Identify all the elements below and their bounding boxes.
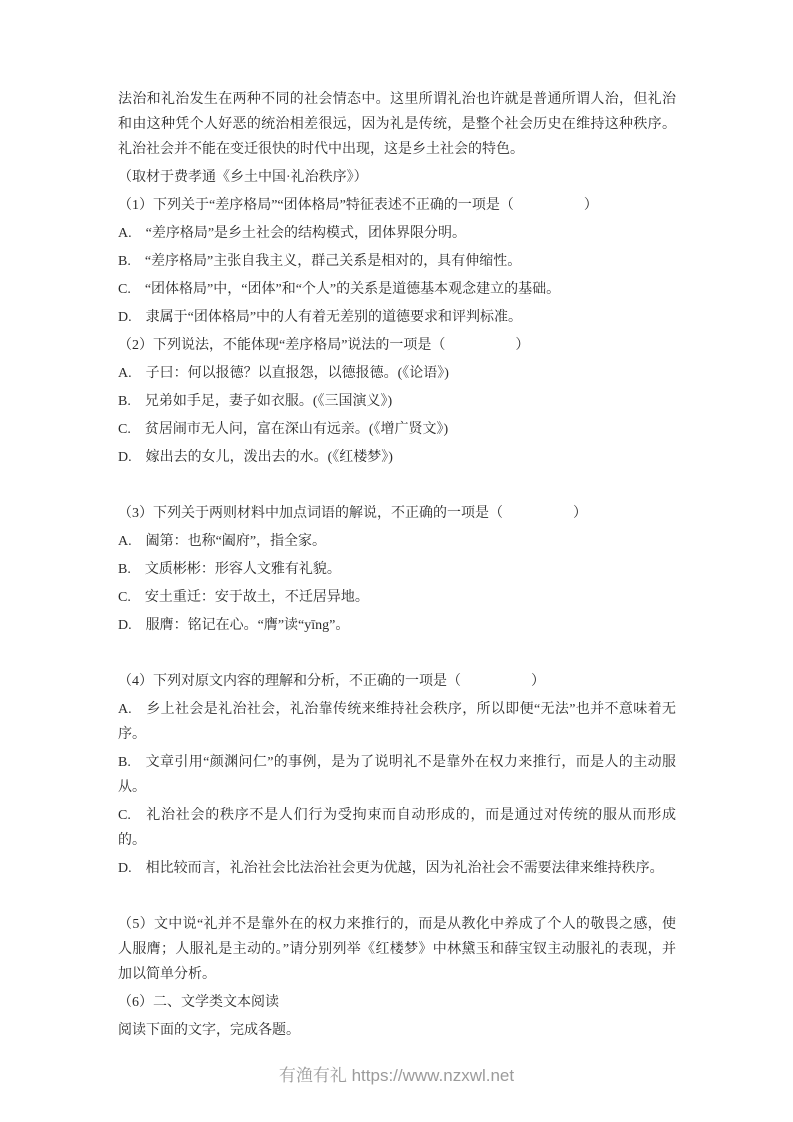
question-6-section-heading: （6）二、文学类文本阅读 (118, 990, 676, 1015)
exam-document-page: 法治和礼治发生在两种不同的社会情态中。这里所谓礼治也许就是普通所谓人治，但礼治和… (0, 0, 793, 1122)
question-2-option-d: D. 嫁出去的女儿，泼出去的水。(《红楼梦》) (118, 445, 676, 470)
question-4-option-b: B. 文章引用“颜渊问仁”的事例，是为了说明礼不是靠外在权力来推行，而是人的主动… (118, 750, 676, 800)
question-4-option-a: A. 乡上社会是礼治社会，礼治靠传统来维持社会秩序，所以即便“无法”也并不意味着… (118, 697, 676, 747)
exam-content: 法治和礼治发生在两种不同的社会情态中。这里所谓礼治也许就是普通所谓人治，但礼治和… (118, 87, 676, 1046)
question-2-option-a: A. 子曰：何以报德？以直报怨，以德报德。(《论语》) (118, 361, 676, 386)
question-2-option-b: B. 兄弟如手足，妻子如衣服。(《三国演义》) (118, 389, 676, 414)
question-3-stem: （3）下列关于两则材料中加点词语的解说，不正确的一项是（ ） (118, 501, 676, 526)
question-4-option-d: D. 相比较而言，礼治社会比法治社会更为优越，因为礼治社会不需要法律来维持秩序。 (118, 856, 676, 881)
question-3-option-d: D. 服膺：铭记在心。“膺”读“yīng”。 (118, 613, 676, 638)
question-2-stem: （2）下列说法，不能体现“差序格局”说法的一项是（ ） (118, 333, 676, 358)
question-3-option-c: C. 安土重迁：安于故土，不迁居异地。 (118, 585, 676, 610)
question-5-text: （5）文中说“礼并不是靠外在的权力来推行的，而是从教化中养成了个人的敬畏之感，使… (118, 912, 676, 987)
reading-instruction: 阅读下面的文字，完成各题。 (118, 1018, 676, 1043)
footer-watermark-text: 有渔有礼 https://www.nzxwl.net (279, 1066, 514, 1085)
question-1-option-b: B. “差序格局”主张自我主义，群己关系是相对的，具有伸缩性。 (118, 249, 676, 274)
question-1-option-a: A. “差序格局”是乡土社会的结构模式，团体界限分明。 (118, 221, 676, 246)
site-footer: 有渔有礼 https://www.nzxwl.net (0, 1064, 793, 1088)
question-1-option-d: D. 隶属于“团体格局”中的人有着无差别的道德要求和评判标准。 (118, 305, 676, 330)
question-3-option-a: A. 阖第：也称“阖府”，指全家。 (118, 529, 676, 554)
question-1-stem: （1）下列关于“差序格局”“团体格局”特征表述不正确的一项是（ ） (118, 193, 676, 218)
question-1-option-c: C. “团体格局”中，“团体”和“个人”的关系是道德基本观念建立的基础。 (118, 277, 676, 302)
question-3-option-b: B. 文质彬彬：形容人文雅有礼貌。 (118, 557, 676, 582)
question-4-option-c: C. 礼治社会的秩序不是人们行为受拘束而自动形成的，而是通过对传统的服从而形成的… (118, 803, 676, 853)
blank-line (118, 473, 676, 501)
blank-line (118, 641, 676, 669)
question-2-option-c: C. 贫居闹市无人问，富在深山有远亲。(《增广贤文》) (118, 417, 676, 442)
question-4-stem: （4）下列对原文内容的理解和分析，不正确的一项是（ ） (118, 669, 676, 694)
blank-line (118, 884, 676, 912)
intro-paragraph: 法治和礼治发生在两种不同的社会情态中。这里所谓礼治也许就是普通所谓人治，但礼治和… (118, 87, 676, 162)
source-attribution: （取材于费孝通《乡土中国·礼治秩序》） (118, 165, 676, 190)
